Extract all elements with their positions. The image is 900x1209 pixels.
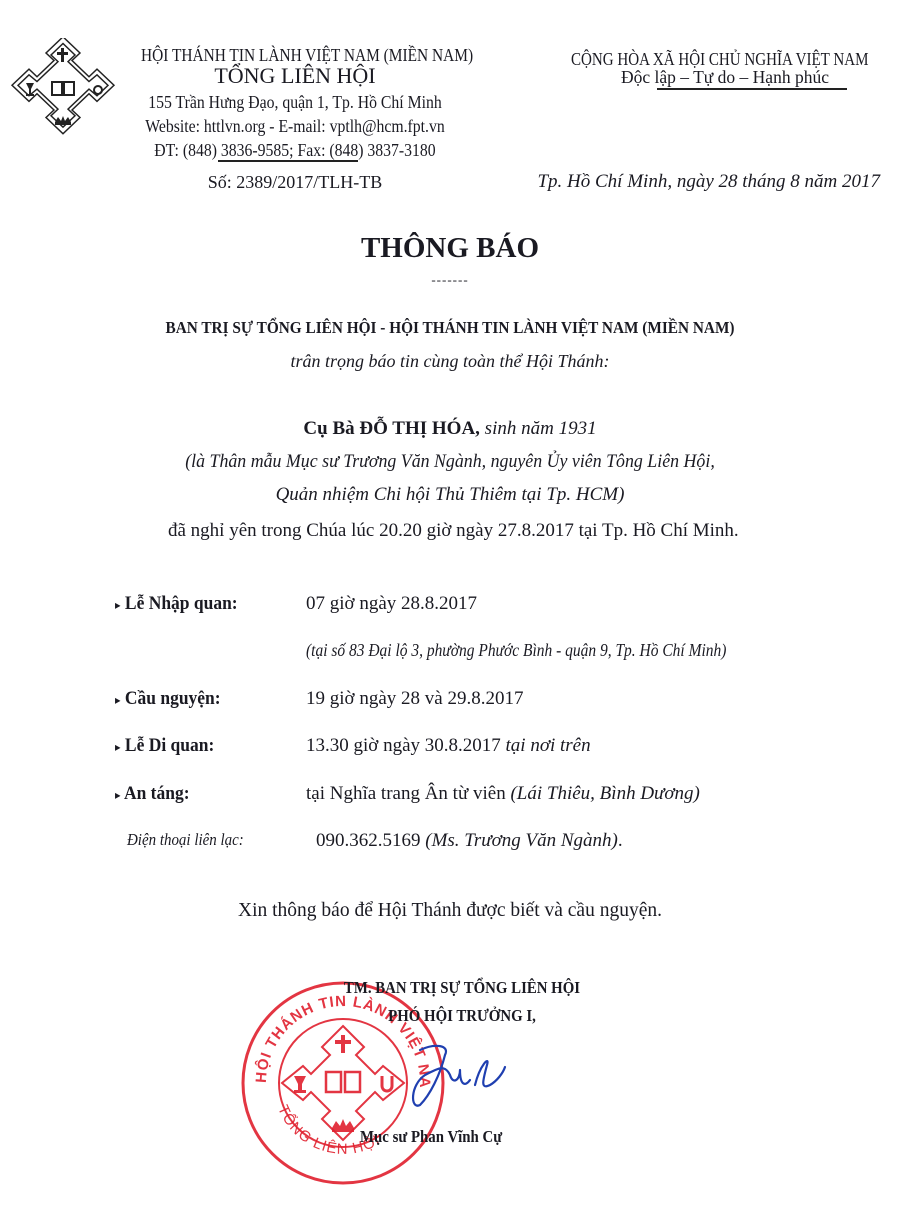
deceased-name: Cụ Bà ĐỖ THỊ HÓA, [303,418,480,439]
bullet-icon: ▸ [115,788,121,802]
signature-title: PHÓ HỘI TRƯỞNG I, [327,1006,597,1026]
document-title: THÔNG BÁO [0,232,900,265]
bullet-icon: ▸ [115,693,121,707]
deceased-line: Cụ Bà ĐỖ THỊ HÓA, sinh năm 1931 [0,418,900,440]
deceased-birth: sinh năm 1931 [480,418,597,439]
handwritten-signature-icon [405,1035,515,1115]
passing-statement: đã nghỉ yên trong Chúa lúc 20.20 giờ ngà… [168,520,739,542]
org-subtitle: TỔNG LIÊN HỘI [120,63,470,89]
intro-line: trân trọng báo tin cùng toàn thể Hội Thá… [0,351,900,372]
schedule-label-encoffining: ▸ Lễ Nhập quan: [115,593,238,615]
schedule-value-burial: tại Nghĩa trang Ân từ viên (Lái Thiêu, B… [306,783,700,805]
signature-org: TM. BAN TRỊ SỰ TỔNG LIÊN HỘI [327,978,597,998]
relation-line-1: (là Thân mẫu Mục sư Trương Văn Ngành, ng… [27,451,873,473]
title-rule: ------- [0,272,900,288]
schedule-note-location: (tại số 83 Đại lộ 3, phường Phước Bình -… [306,640,726,661]
contact-value: 090.362.5169 (Ms. Trương Văn Ngành). [316,830,623,852]
bullet-icon: ▸ [115,598,121,612]
schedule-label-procession: ▸ Lễ Di quan: [115,735,214,757]
relation-line-2: Quản nhiệm Chi hội Thủ Thiêm tại Tp. HCM… [0,484,900,506]
signer-name: Mục sư Phan Vĩnh Cự [360,1127,502,1147]
header-right-divider [657,88,847,90]
header-left-divider [218,160,358,162]
org-website-email: Website: httlvn.org - E-mail: vptlh@hcm.… [138,116,453,137]
board-heading: BAN TRỊ SỰ TỔNG LIÊN HỘI - HỘI THÁNH TIN… [45,318,855,338]
schedule-value-encoffining: 07 giờ ngày 28.8.2017 [306,593,477,615]
closing-line: Xin thông báo để Hội Thánh được biết và … [0,900,900,922]
contact-person: (Ms. Trương Văn Ngành) [425,830,618,851]
org-phone-fax: ĐT: (848) 3836-9585; Fax: (848) 3837-318… [138,140,453,161]
schedule-label-prayer: ▸ Cầu nguyện: [115,688,221,710]
document-number: Số: 2389/2017/TLH-TB [120,172,470,193]
bullet-icon: ▸ [115,740,121,754]
place-date: Tp. Hồ Chí Minh, ngày 28 tháng 8 năm 201… [520,171,880,193]
schedule-label-burial: ▸ An táng: [115,783,190,805]
national-motto: Độc lập – Tự do – Hạnh phúc [555,67,895,88]
contact-phone: 090.362.5169 [316,830,425,851]
schedule-value-prayer: 19 giờ ngày 28 và 29.8.2017 [306,688,523,710]
church-cross-logo-icon [8,38,118,138]
org-address: 155 Trần Hưng Đạo, quận 1, Tp. Hồ Chí Mi… [138,92,453,113]
contact-label: Điện thoại liên lạc: [127,830,244,850]
schedule-value-procession: 13.30 giờ ngày 30.8.2017 tại nơi trên [306,735,591,757]
